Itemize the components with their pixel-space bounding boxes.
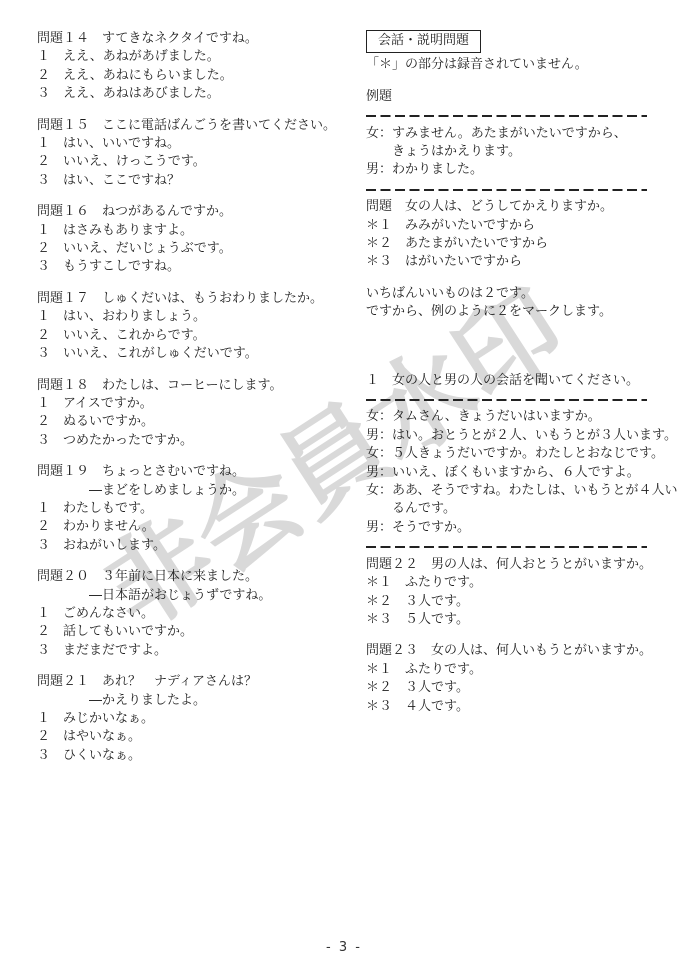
question-title: 問題１７ しゅくだいは、もうおわりましたか。 [37,290,359,308]
example-result: ですから、例のように２をマークします。 [366,303,668,321]
choice-line: ３ もうすこしですね。 [37,258,359,276]
dialogue-line: 女：５人きょうだいですか。わたしとおなじです。 [366,445,668,463]
choice-line: ２ はやいなぁ。 [37,728,359,746]
choice-line: ＊１ ふたりです。 [366,574,668,592]
choice-line: ３ おねがいします。 [37,537,359,555]
question-title: 問題１４ すてきなネクタイですね。 [37,30,359,48]
question-block-21: 問題２１ あれ？ ナディアさんは？ ―かえりましたよ。 １ みじかいなぁ。 ２ … [37,673,359,765]
dashed-separator [366,180,668,198]
choice-line: ２ 話してもいいですか。 [37,623,359,641]
question-block-22: 問題２２ 男の人は、何人おとうとがいますか。 ＊１ ふたりです。 ＊２ ３人です… [366,556,668,630]
choice-line: ３ ひくいなぁ。 [37,747,359,765]
right-column: 会話・説明問題 「＊」の部分は録音されていません。 例題 女：すみません。あたま… [366,30,668,716]
question-title: 問題２０ ３年前に日本に来ました。 [37,568,359,586]
choice-line: ２ ぬるいですか。 [37,413,359,431]
question-block-20: 問題２０ ３年前に日本に来ました。 ―日本語がおじょうずですね。 １ ごめんなさ… [37,568,359,660]
question-subtitle: ―日本語がおじょうずですね。 [37,587,359,605]
question-title: 問題２２ 男の人は、何人おとうとがいますか。 [366,556,668,574]
choice-line: １ はい、おわりましょう。 [37,308,359,326]
choice-line: ３ いいえ、これがしゅくだいです。 [37,345,359,363]
dialogue-line: 男：いいえ、ぼくもいますから、６人ですよ。 [366,464,668,482]
dialogue-line: 男：そうですか。 [366,519,668,537]
example-question: 問題 女の人は、どうしてかえりますか。 [366,198,668,216]
choice-line: １ ごめんなさい。 [37,605,359,623]
question-subtitle: ―かえりましたよ。 [37,692,359,710]
choice-line: １ わたしもです。 [37,500,359,518]
dialogue-line: るんです。 [366,500,668,518]
question-block-15: 問題１５ ここに電話ばんごうを書いてください。 １ はい、いいですね。 ２ いい… [37,117,359,191]
choice-line: ＊３ ４人です。 [366,698,668,716]
choice-line: ２ いいえ、これからです。 [37,327,359,345]
question-title: 問題１８ わたしは、コーヒーにします。 [37,377,359,395]
dashed-separator [366,106,668,124]
question-title: 問題１６ ねつがあるんですか。 [37,203,359,221]
dialogue-line: 女：すみません。あたまがいたいですから、 [366,125,668,143]
dialogue-line: 男：わかりました。 [366,161,668,179]
question-block-19: 問題１９ ちょっとさむいですね。 ―まどをしめましょうか。 １ わたしもです。 … [37,463,359,555]
left-column: 問題１４ すてきなネクタイですね。 １ ええ、あねがあげました。 ２ ええ、あね… [37,30,359,778]
choice-line: ＊２ ３人です。 [366,593,668,611]
recording-note: 「＊」の部分は録音されていません。 [366,56,668,74]
choice-line: ３ はい、ここですね？ [37,172,359,190]
choice-line: １ ええ、あねがあげました。 [37,48,359,66]
question-block-17: 問題１７ しゅくだいは、もうおわりましたか。 １ はい、おわりましょう。 ２ い… [37,290,359,364]
question-title: 問題２１ あれ？ ナディアさんは？ [37,673,359,691]
choice-line: ＊１ みみがいたいですから [366,217,668,235]
choice-line: ＊１ ふたりです。 [366,661,668,679]
question-title: 問題１９ ちょっとさむいですね。 [37,463,359,481]
choice-line: ＊２ あたまがいたいですから [366,235,668,253]
example-result: いちばんいいものは２です。 [366,285,668,303]
dialogue-line: 男：はい。おとうとが２人、いもうとが３人います。 [366,427,668,445]
dialogue-line: 女：タムさん、きょうだいはいますか。 [366,408,668,426]
question-subtitle: ―まどをしめましょうか。 [37,482,359,500]
dialogue-line: きょうはかえります。 [366,143,668,161]
choice-line: １ アイスですか。 [37,395,359,413]
choice-line: ２ いいえ、けっこうです。 [37,153,359,171]
section-header-box: 会話・説明問題 [366,30,481,53]
example-label: 例題 [366,88,668,106]
choice-line: ２ いいえ、だいじょうぶです。 [37,240,359,258]
choice-line: ３ まだまだですよ。 [37,642,359,660]
question-title: 問題１５ ここに電話ばんごうを書いてください。 [37,117,359,135]
section1-intro: １ 女の人と男の人の会話を聞いてください。 [366,372,668,390]
choice-line: ＊２ ３人です。 [366,679,668,697]
dashed-separator [366,390,668,408]
choice-line: ２ わかりません。 [37,518,359,536]
choice-line: １ はい、いいですね。 [37,135,359,153]
choice-line: ＊３ はがいたいですから [366,253,668,271]
choice-line: ＊３ ５人です。 [366,611,668,629]
question-block-23: 問題２３ 女の人は、何人いもうとがいますか。 ＊１ ふたりです。 ＊２ ３人です… [366,642,668,716]
choice-line: ３ ええ、あねはあびました。 [37,85,359,103]
choice-line: ３ つめたかったですか。 [37,432,359,450]
dashed-separator [366,537,668,555]
choice-line: １ はさみもありますよ。 [37,222,359,240]
dialogue-line: 女：ああ、そうですね。わたしは、いもうとが４人い [366,482,668,500]
section-header-label: 会話・説明問題 [378,33,469,48]
question-block-18: 問題１８ わたしは、コーヒーにします。 １ アイスですか。 ２ ぬるいですか。 … [37,377,359,451]
question-block-16: 問題１６ ねつがあるんですか。 １ はさみもありますよ。 ２ いいえ、だいじょう… [37,203,359,277]
document-page: 非会員水印 問題１４ すてきなネクタイですね。 １ ええ、あねがあげました。 ２… [0,0,688,971]
choice-line: １ みじかいなぁ。 [37,710,359,728]
question-block-14: 問題１４ すてきなネクタイですね。 １ ええ、あねがあげました。 ２ ええ、あね… [37,30,359,104]
choice-line: ２ ええ、あねにもらいました。 [37,67,359,85]
question-title: 問題２３ 女の人は、何人いもうとがいますか。 [366,642,668,660]
page-number: - 3 - [0,939,688,957]
